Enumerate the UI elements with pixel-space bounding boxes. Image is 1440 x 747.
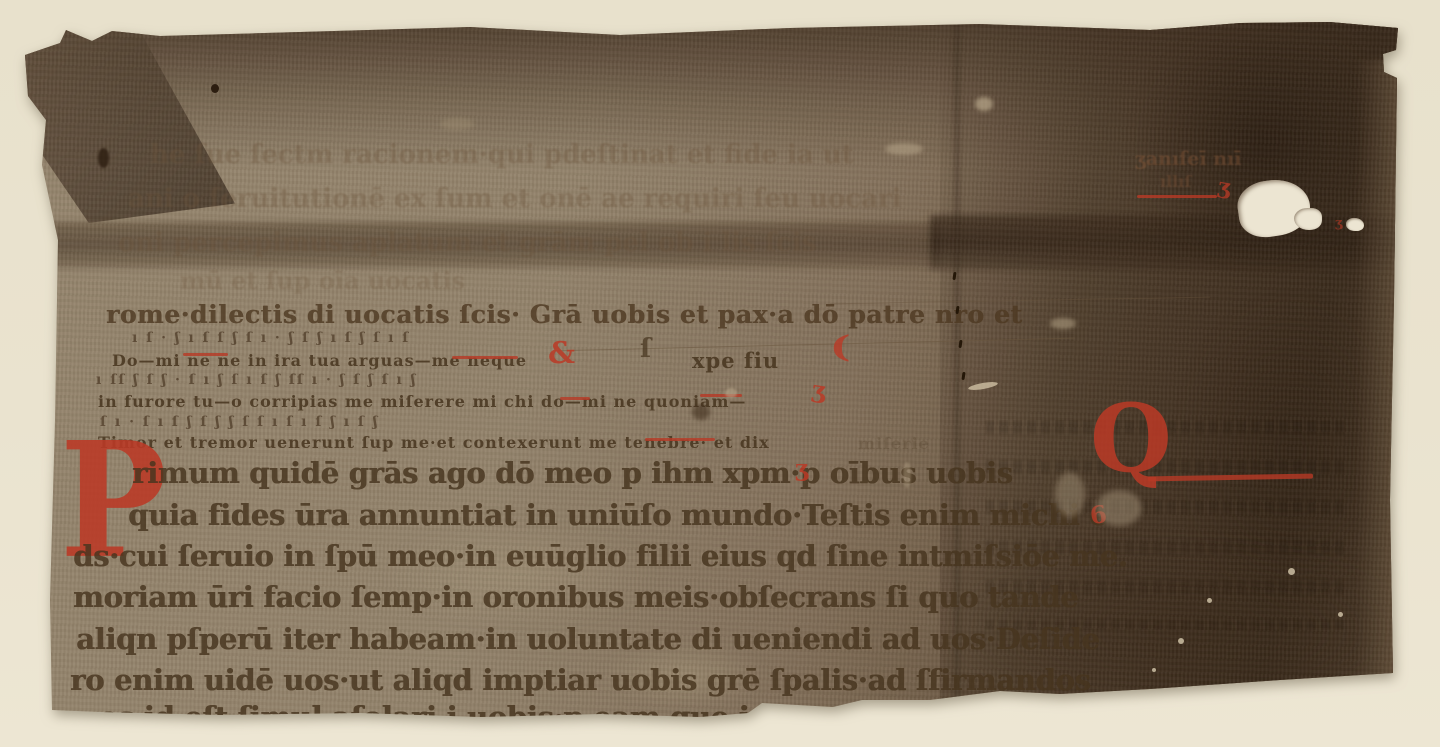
rubric-dash xyxy=(452,356,518,359)
rubric-ampersand-1: & xyxy=(548,336,575,371)
tear-hole-small xyxy=(1346,218,1364,231)
white-speck xyxy=(1178,638,1184,644)
light-spot xyxy=(885,143,923,155)
edge-hole-left xyxy=(98,148,109,168)
manuscript-photo: he ſue ſectm racionem·qui pdeſtinat et f… xyxy=(0,0,1440,747)
stitch-slit xyxy=(961,372,965,380)
epistle-line-1: rimum quidē grās ago dō meo p ihm xpm·p … xyxy=(132,456,1013,490)
chant-line-3: Timor et tremor uenerunt ſup me·et conte… xyxy=(98,433,770,452)
neume-row-1: ı ſ · ʃ ı ſ ſ ʃ ſ ı · ʃ ſ ʃ ı ſ ʃ ſ ı ſ xyxy=(132,330,410,346)
neume-row-2: ı ſſ ʃ ſ ʃ · ſ ı ʃ ſ ı ſ ʃ ſſ ı · ʃ ſ ʃ … xyxy=(96,372,417,388)
rubric-dash xyxy=(645,438,715,441)
scratch-line-1 xyxy=(555,338,1075,352)
rubric-dash xyxy=(560,397,590,400)
stain-horizontal-band-right xyxy=(930,215,1400,270)
faint-right-line-2: ıllıſ xyxy=(1160,172,1191,191)
epistle-line-5: aliqn pſperū iter habeam·in uoluntate di… xyxy=(76,622,1099,656)
address-line: rome·dilectis di uocatis ſcis· Grā uobis… xyxy=(106,300,1023,329)
chant-line-1b: xpe fiu xyxy=(692,348,779,373)
light-spot xyxy=(440,118,474,130)
rubric-dash xyxy=(183,353,228,356)
white-speck xyxy=(1338,612,1343,617)
faint-right-line-1: ʒanıſeī nıī xyxy=(1135,148,1241,170)
rubric-squiggle-top-right: ʒ xyxy=(1216,173,1233,201)
stitch-slit xyxy=(958,340,962,348)
faded-line-3: oni percepimus aplatum et grām pel ob i … xyxy=(118,228,816,258)
white-speck xyxy=(1152,668,1156,672)
right-edge-light-strip xyxy=(1355,60,1400,700)
faded-line-4: mū et ſup oīa uocatis xyxy=(180,266,465,295)
crease-vertical xyxy=(952,20,962,720)
stain-mid-right-blob xyxy=(1180,300,1400,600)
epistle-line-4: moriam ūri facio ſemp·in oronibus meis·o… xyxy=(73,580,1078,614)
light-spot xyxy=(1055,472,1085,517)
chant-line-1: Do—mi ne ne in ira tua arguas—me neque xyxy=(112,351,527,370)
light-spot xyxy=(975,97,993,111)
white-speck xyxy=(1207,598,1212,603)
epistle-line-2: quia fides ūra annuntiat in uniūſo mundo… xyxy=(128,498,1107,532)
worm-hole xyxy=(211,84,219,93)
chant-line-2: in furore tu—o corripias me miſerere mi … xyxy=(98,392,746,411)
parchment-fragment: he ſue ſectm racionem·qui pdeſtinat et f… xyxy=(0,0,1440,747)
rubric-paraph: ( xyxy=(829,330,850,365)
epistle-line-7: uos·id eſt ſimul aſolari i uobis·p eam q… xyxy=(78,700,1117,734)
parchment-wrapper: he ſue ſectm racionem·qui pdeſtinat et f… xyxy=(0,0,1440,747)
faded-line-1: he ſue ſectm racionem·qui pdeſtinat et f… xyxy=(150,140,854,170)
dark-spot xyxy=(692,404,710,420)
chant-line-3-faint: miſerie xyxy=(858,434,930,453)
faded-line-2: ani o ſeruitutionē ex ſum et onē ae requ… xyxy=(128,184,902,214)
rubric-dash xyxy=(1137,195,1217,198)
tear-hole-large xyxy=(1234,175,1313,240)
light-spot xyxy=(903,462,911,488)
tear-scratch-light xyxy=(968,380,999,391)
tear-hole-lobe xyxy=(1294,208,1322,230)
rubric-ampersand-2: ʒ xyxy=(810,374,828,405)
light-spot xyxy=(725,388,737,398)
rubric-tiny-right: ʒ xyxy=(1335,216,1342,231)
white-speck xyxy=(1288,568,1295,575)
initial-q: Q xyxy=(1090,392,1172,486)
rubric-ampersand-3: ʒ xyxy=(795,455,808,482)
chant-custos: ſ xyxy=(640,334,651,364)
light-spot xyxy=(1050,318,1076,329)
initial-q-tail xyxy=(1148,474,1313,482)
epistle-line-6: ro enim uidē uos·ut aliqd imptiar uobis … xyxy=(70,663,1090,697)
epistle-line-3: ds·cui ſeruio in ſpū meo·in euūglio fili… xyxy=(73,539,1127,573)
stitch-slit xyxy=(952,272,956,280)
light-spot xyxy=(1096,490,1142,526)
